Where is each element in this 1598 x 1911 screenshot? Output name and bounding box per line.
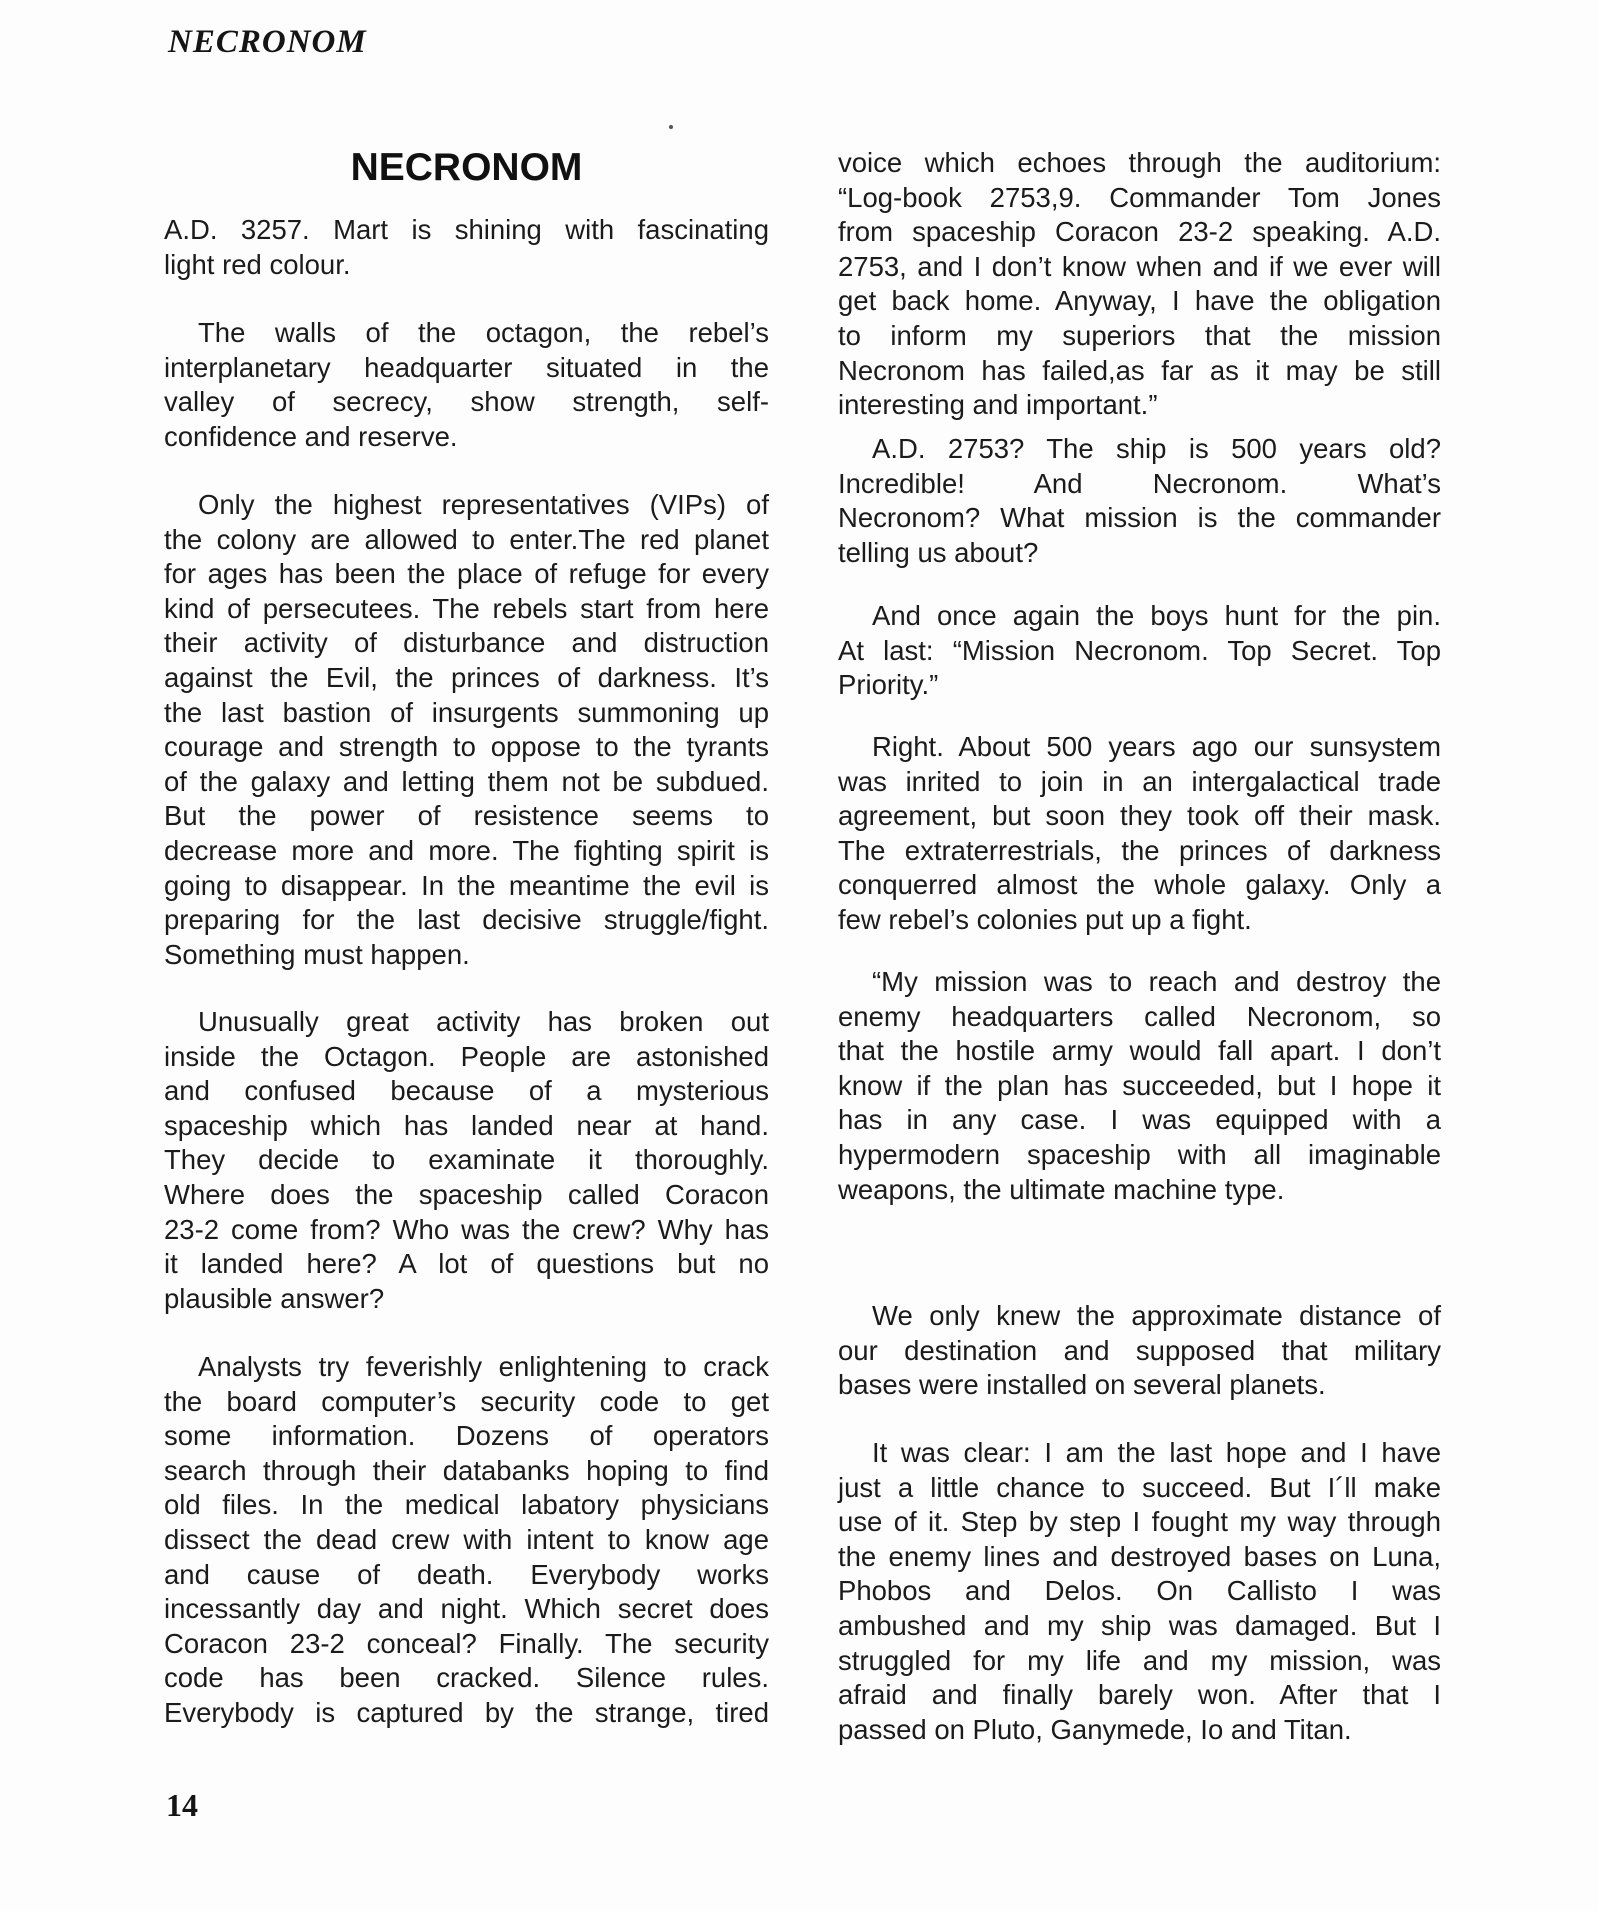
text-line: And once again the boys hunt for the pin… <box>838 599 1441 634</box>
text-line: agreement, but soon they took off their … <box>838 799 1441 834</box>
text-line: some information. Dozens of operators <box>164 1419 769 1454</box>
text-line: The walls of the octagon, the rebel’s <box>164 316 769 351</box>
text-line: Necronom has failed,as far as it may be … <box>838 354 1441 389</box>
text-line: hypermodern spaceship with all imaginabl… <box>838 1138 1441 1173</box>
text-line: courage and strength to oppose to the ty… <box>164 730 769 765</box>
text-line: The extraterrestrials, the princes of da… <box>838 834 1441 869</box>
scan-speck <box>669 125 673 129</box>
paragraph-3: Only the highest representatives (VIPs) … <box>164 488 769 972</box>
text-line: has in any case. I was equipped with a <box>838 1103 1441 1138</box>
paragraph-6: voice which echoes through the auditoriu… <box>838 146 1441 423</box>
text-line: interesting and important.” <box>838 388 1441 423</box>
text-line: “My mission was to reach and destroy the <box>838 965 1441 1000</box>
text-line: it landed here? A lot of questions but n… <box>164 1247 769 1282</box>
text-line: conquerred almost the whole galaxy. Only… <box>838 868 1441 903</box>
text-line: 2753, and I don’t know when and if we ev… <box>838 250 1441 285</box>
text-line: and confused because of a mysterious <box>164 1074 769 1109</box>
text-line: A.D. 2753? The ship is 500 years old? <box>838 432 1441 467</box>
text-line: Everybody is captured by the strange, ti… <box>164 1696 769 1731</box>
text-line: Analysts try feverishly enlightening to … <box>164 1350 769 1385</box>
text-line: code has been cracked. Silence rules. <box>164 1661 769 1696</box>
text-line: At last: “Mission Necronom. Top Secret. … <box>838 634 1441 669</box>
paragraph-8: And once again the boys hunt for the pin… <box>838 599 1441 703</box>
text-line: Priority.” <box>838 668 1441 703</box>
text-line: our destination and supposed that milita… <box>838 1334 1441 1369</box>
text-line: They decide to examinate it thoroughly. <box>164 1143 769 1178</box>
running-header-title: NECRONOM <box>168 22 367 62</box>
text-line: from spaceship Coracon 23-2 speaking. A.… <box>838 215 1441 250</box>
text-line: was inrited to join in an intergalactica… <box>838 765 1441 800</box>
text-line: old files. In the medical labatory physi… <box>164 1488 769 1523</box>
text-line: inside the Octagon. People are astonishe… <box>164 1040 769 1075</box>
text-line: and cause of death. Everybody works <box>164 1558 769 1593</box>
text-line: Only the highest representatives (VIPs) … <box>164 488 769 523</box>
text-line: valley of secrecy, show strength, self- <box>164 385 769 420</box>
text-line: against the Evil, the princes of darknes… <box>164 661 769 696</box>
text-line: just a little chance to succeed. But I´l… <box>838 1471 1441 1506</box>
text-line: of the galaxy and letting them not be su… <box>164 765 769 800</box>
text-line: incessantly day and night. Which secret … <box>164 1592 769 1627</box>
text-line: kind of persecutees. The rebels start fr… <box>164 592 769 627</box>
text-line: their activity of disturbance and distru… <box>164 626 769 661</box>
text-line: enemy headquarters called Necronom, so <box>838 1000 1441 1035</box>
text-line: “Log-book 2753,9. Commander Tom Jones <box>838 181 1441 216</box>
text-line: But the power of resistence seems to <box>164 799 769 834</box>
paragraph-4: Unusually great activity has broken out … <box>164 1005 769 1316</box>
paragraph-5: Analysts try feverishly enlightening to … <box>164 1350 769 1731</box>
text-line: Something must happen. <box>164 938 769 973</box>
text-line: spaceship which has landed near at hand. <box>164 1109 769 1144</box>
paragraph-1: A.D. 3257. Mart is shining with fascinat… <box>164 213 769 282</box>
text-line: going to disappear. In the meantime the … <box>164 869 769 904</box>
text-line: preparing for the last decisive struggle… <box>164 903 769 938</box>
text-line: get back home. Anyway, I have the obliga… <box>838 284 1441 319</box>
text-line: the last bastion of insurgents summoning… <box>164 696 769 731</box>
text-line: Necronom? What mission is the commander <box>838 501 1441 536</box>
text-line: weapons, the ultimate machine type. <box>838 1173 1441 1208</box>
text-line: passed on Pluto, Ganymede, Io and Titan. <box>838 1713 1441 1748</box>
text-line: Phobos and Delos. On Callisto I was <box>838 1574 1441 1609</box>
text-line: Incredible! And Necronom. What’s <box>838 467 1441 502</box>
text-line: use of it. Step by step I fought my way … <box>838 1505 1441 1540</box>
text-line: dissect the dead crew with intent to kno… <box>164 1523 769 1558</box>
text-line: A.D. 3257. Mart is shining with fascinat… <box>164 213 769 248</box>
text-line: interplanetary headquarter situated in t… <box>164 351 769 386</box>
text-line: 23-2 come from? Who was the crew? Why ha… <box>164 1213 769 1248</box>
paragraph-2: The walls of the octagon, the rebel’s in… <box>164 316 769 454</box>
text-line: that the hostile army would fall apart. … <box>838 1034 1441 1069</box>
text-line: afraid and finally barely won. After tha… <box>838 1678 1441 1713</box>
text-line: Coracon 23-2 conceal? Finally. The secur… <box>164 1627 769 1662</box>
text-line: confidence and reserve. <box>164 420 769 455</box>
text-line: Right. About 500 years ago our sunsystem <box>838 730 1441 765</box>
text-line: It was clear: I am the last hope and I h… <box>838 1436 1441 1471</box>
paragraph-10: “My mission was to reach and destroy the… <box>838 965 1441 1207</box>
text-line: voice which echoes through the auditoriu… <box>838 146 1441 181</box>
text-line: decrease more and more. The fighting spi… <box>164 834 769 869</box>
text-line: Where does the spaceship called Coracon <box>164 1178 769 1213</box>
page-number: 14 <box>166 1785 198 1825</box>
text-line: search through their databanks hoping to… <box>164 1454 769 1489</box>
paragraph-9: Right. About 500 years ago our sunsystem… <box>838 730 1441 938</box>
paragraph-12: It was clear: I am the last hope and I h… <box>838 1436 1441 1747</box>
text-line: for ages has been the place of refuge fo… <box>164 557 769 592</box>
text-line: ambushed and my ship was damaged. But I <box>838 1609 1441 1644</box>
paragraph-7: A.D. 2753? The ship is 500 years old? In… <box>838 432 1441 570</box>
text-line: know if the plan has succeeded, but I ho… <box>838 1069 1441 1104</box>
text-line: the board computer’s security code to ge… <box>164 1385 769 1420</box>
text-line: bases were installed on several planets. <box>838 1368 1441 1403</box>
manual-page: NECRONOM NECRONOM A.D. 3257. Mart is shi… <box>0 0 1598 1911</box>
text-line: the enemy lines and destroyed bases on L… <box>838 1540 1441 1575</box>
text-line: We only knew the approximate distance of <box>838 1299 1441 1334</box>
text-line: plausible answer? <box>164 1282 769 1317</box>
text-line: telling us about? <box>838 536 1441 571</box>
paragraph-11: We only knew the approximate distance of… <box>838 1299 1441 1403</box>
text-line: light red colour. <box>164 248 769 283</box>
text-line: the colony are allowed to enter.The red … <box>164 523 769 558</box>
text-line: to inform my superiors that the mission <box>838 319 1441 354</box>
article-title: NECRONOM <box>164 145 769 191</box>
text-line: few rebel’s colonies put up a fight. <box>838 903 1441 938</box>
text-line: struggled for my life and my mission, wa… <box>838 1644 1441 1679</box>
text-line: Unusually great activity has broken out <box>164 1005 769 1040</box>
